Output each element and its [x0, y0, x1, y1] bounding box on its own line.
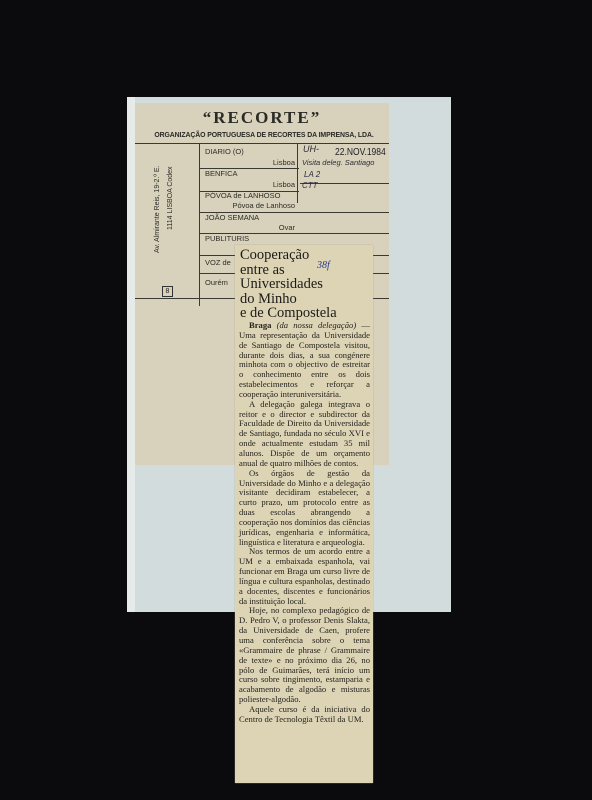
- publication-city: Lisboa: [235, 180, 295, 189]
- box-number: 8: [162, 286, 173, 297]
- brand-title: “RECORTE”: [135, 108, 389, 128]
- paragraph: Nos termos de um acordo entre a UM e a e…: [239, 547, 370, 606]
- paragraph: Braga (da nossa delegação) — Uma represe…: [239, 321, 370, 400]
- publication-city: Póvoa de Lanhoso: [215, 201, 295, 210]
- headline-line: entre as: [240, 263, 375, 278]
- date-stamp: 22.NOV.1984: [335, 147, 386, 158]
- paragraph: Aquele curso é da iniciativa do Centro d…: [239, 705, 370, 725]
- publication-name: PÓVOA de LANHOSO: [205, 191, 280, 200]
- publication-name: Ourém: [205, 278, 228, 287]
- newspaper-clipping: Cooperação entre as Universidades do Min…: [235, 245, 373, 783]
- publication-name: DIARIO (O): [205, 147, 244, 156]
- paragraph: Os órgãos de gestão da Universidade do M…: [239, 469, 370, 548]
- handwritten-number: 38f: [317, 260, 330, 271]
- publication-name: JOÃO SEMANA: [205, 213, 259, 222]
- publication-city: Ovar: [235, 223, 295, 232]
- handwritten-note: CTT: [302, 181, 318, 190]
- divider: [297, 143, 298, 203]
- headline-line: Universidades: [240, 277, 375, 292]
- headline-line: Cooperação: [240, 248, 375, 263]
- divider: [135, 143, 389, 144]
- paragraph: Hoje, no complexo pedagógico de D. Pedro…: [239, 606, 370, 704]
- article-body: Braga (da nossa delegação) — Uma represe…: [239, 321, 370, 725]
- headline: Cooperação entre as Universidades do Min…: [240, 248, 375, 321]
- address-line-2: 1114 LISBOA Codex: [167, 166, 174, 230]
- dateline-note: (da nossa delegação): [277, 320, 357, 330]
- publication-city: Lisboa: [235, 158, 295, 167]
- publication-name: BENFICA: [205, 169, 238, 178]
- publication-name: VOZ de: [205, 258, 231, 267]
- handwritten-note: LA 2: [304, 170, 320, 179]
- handwritten-note: Visita deleg. Santiago: [302, 158, 374, 167]
- paper-edge: [127, 97, 135, 612]
- organization-name: ORGANIZAÇÃO PORTUGUESA DE RECORTES DA IM…: [149, 130, 379, 139]
- headline-line: do Minho: [240, 292, 375, 307]
- headline-line: e de Compostela: [240, 306, 375, 321]
- handwritten-code: UH-: [303, 144, 319, 154]
- address-line-1: Av. Almirante Reis, 19-2.º E.: [154, 166, 161, 254]
- paragraph-text: — Uma representação da Universidade de S…: [239, 320, 370, 399]
- publication-name: PUBLITURIS: [205, 234, 249, 243]
- paragraph: A delegação galega integrava o reitor e …: [239, 400, 370, 469]
- dateline: Braga: [249, 320, 271, 330]
